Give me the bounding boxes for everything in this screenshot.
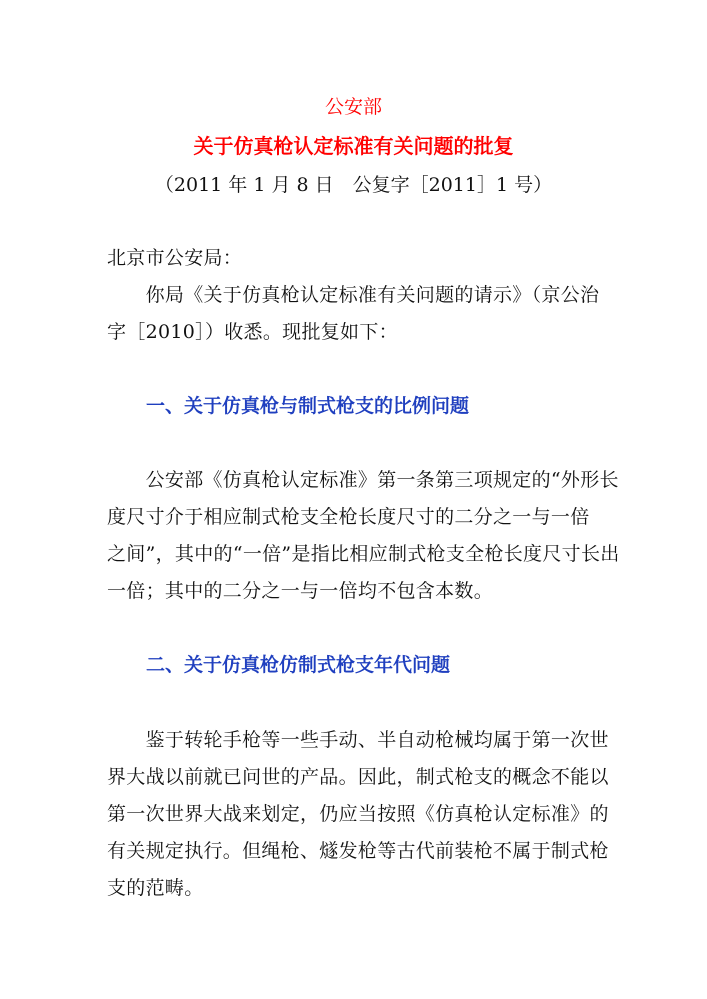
paragraph-line: 一倍；其中的二分之一与一倍均不包含本数。 [107, 576, 493, 603]
paragraph-line: 公安部《仿真枪认定标准》第一条第三项规定的“外形长 [107, 465, 619, 492]
issuing-org: 公安部 [0, 92, 707, 119]
paragraph-line: 支的范畴。 [107, 873, 204, 900]
paragraph-line: 界大战以前就已问世的产品。因此，制式枪支的概念不能以 [107, 762, 609, 789]
section-heading-1: 一、关于仿真枪与制式枪支的比例问题 [146, 391, 469, 418]
paragraph-line: 度尺寸介于相应制式枪支全枪长度尺寸的二分之一与一倍 [107, 502, 590, 529]
intro-line: 字［2010］）收悉。现批复如下： [107, 317, 398, 344]
section-heading-2: 二、关于仿真枪仿制式枪支年代问题 [146, 650, 450, 677]
document-title: 关于仿真枪认定标准有关问题的批复 [0, 130, 707, 159]
paragraph-line: 之间”，其中的“一倍”是指比相应制式枪支全枪长度尺寸长出 [107, 539, 620, 566]
paragraph-line: 有关规定执行。但绳枪、燧发枪等古代前装枪不属于制式枪 [107, 836, 609, 863]
intro-line: 你局《关于仿真枪认定标准有关问题的请示》（京公治 [107, 280, 599, 307]
paragraph-line: 鉴于转轮手枪等一些手动、半自动枪械均属于第一次世 [107, 725, 609, 752]
document-date-number: （2011 年 1 月 8 日 公复字［2011］1 号） [0, 170, 707, 197]
addressee: 北京市公安局： [107, 243, 242, 270]
paragraph-line: 第一次世界大战来划定，仍应当按照《仿真枪认定标准》的 [107, 799, 609, 826]
